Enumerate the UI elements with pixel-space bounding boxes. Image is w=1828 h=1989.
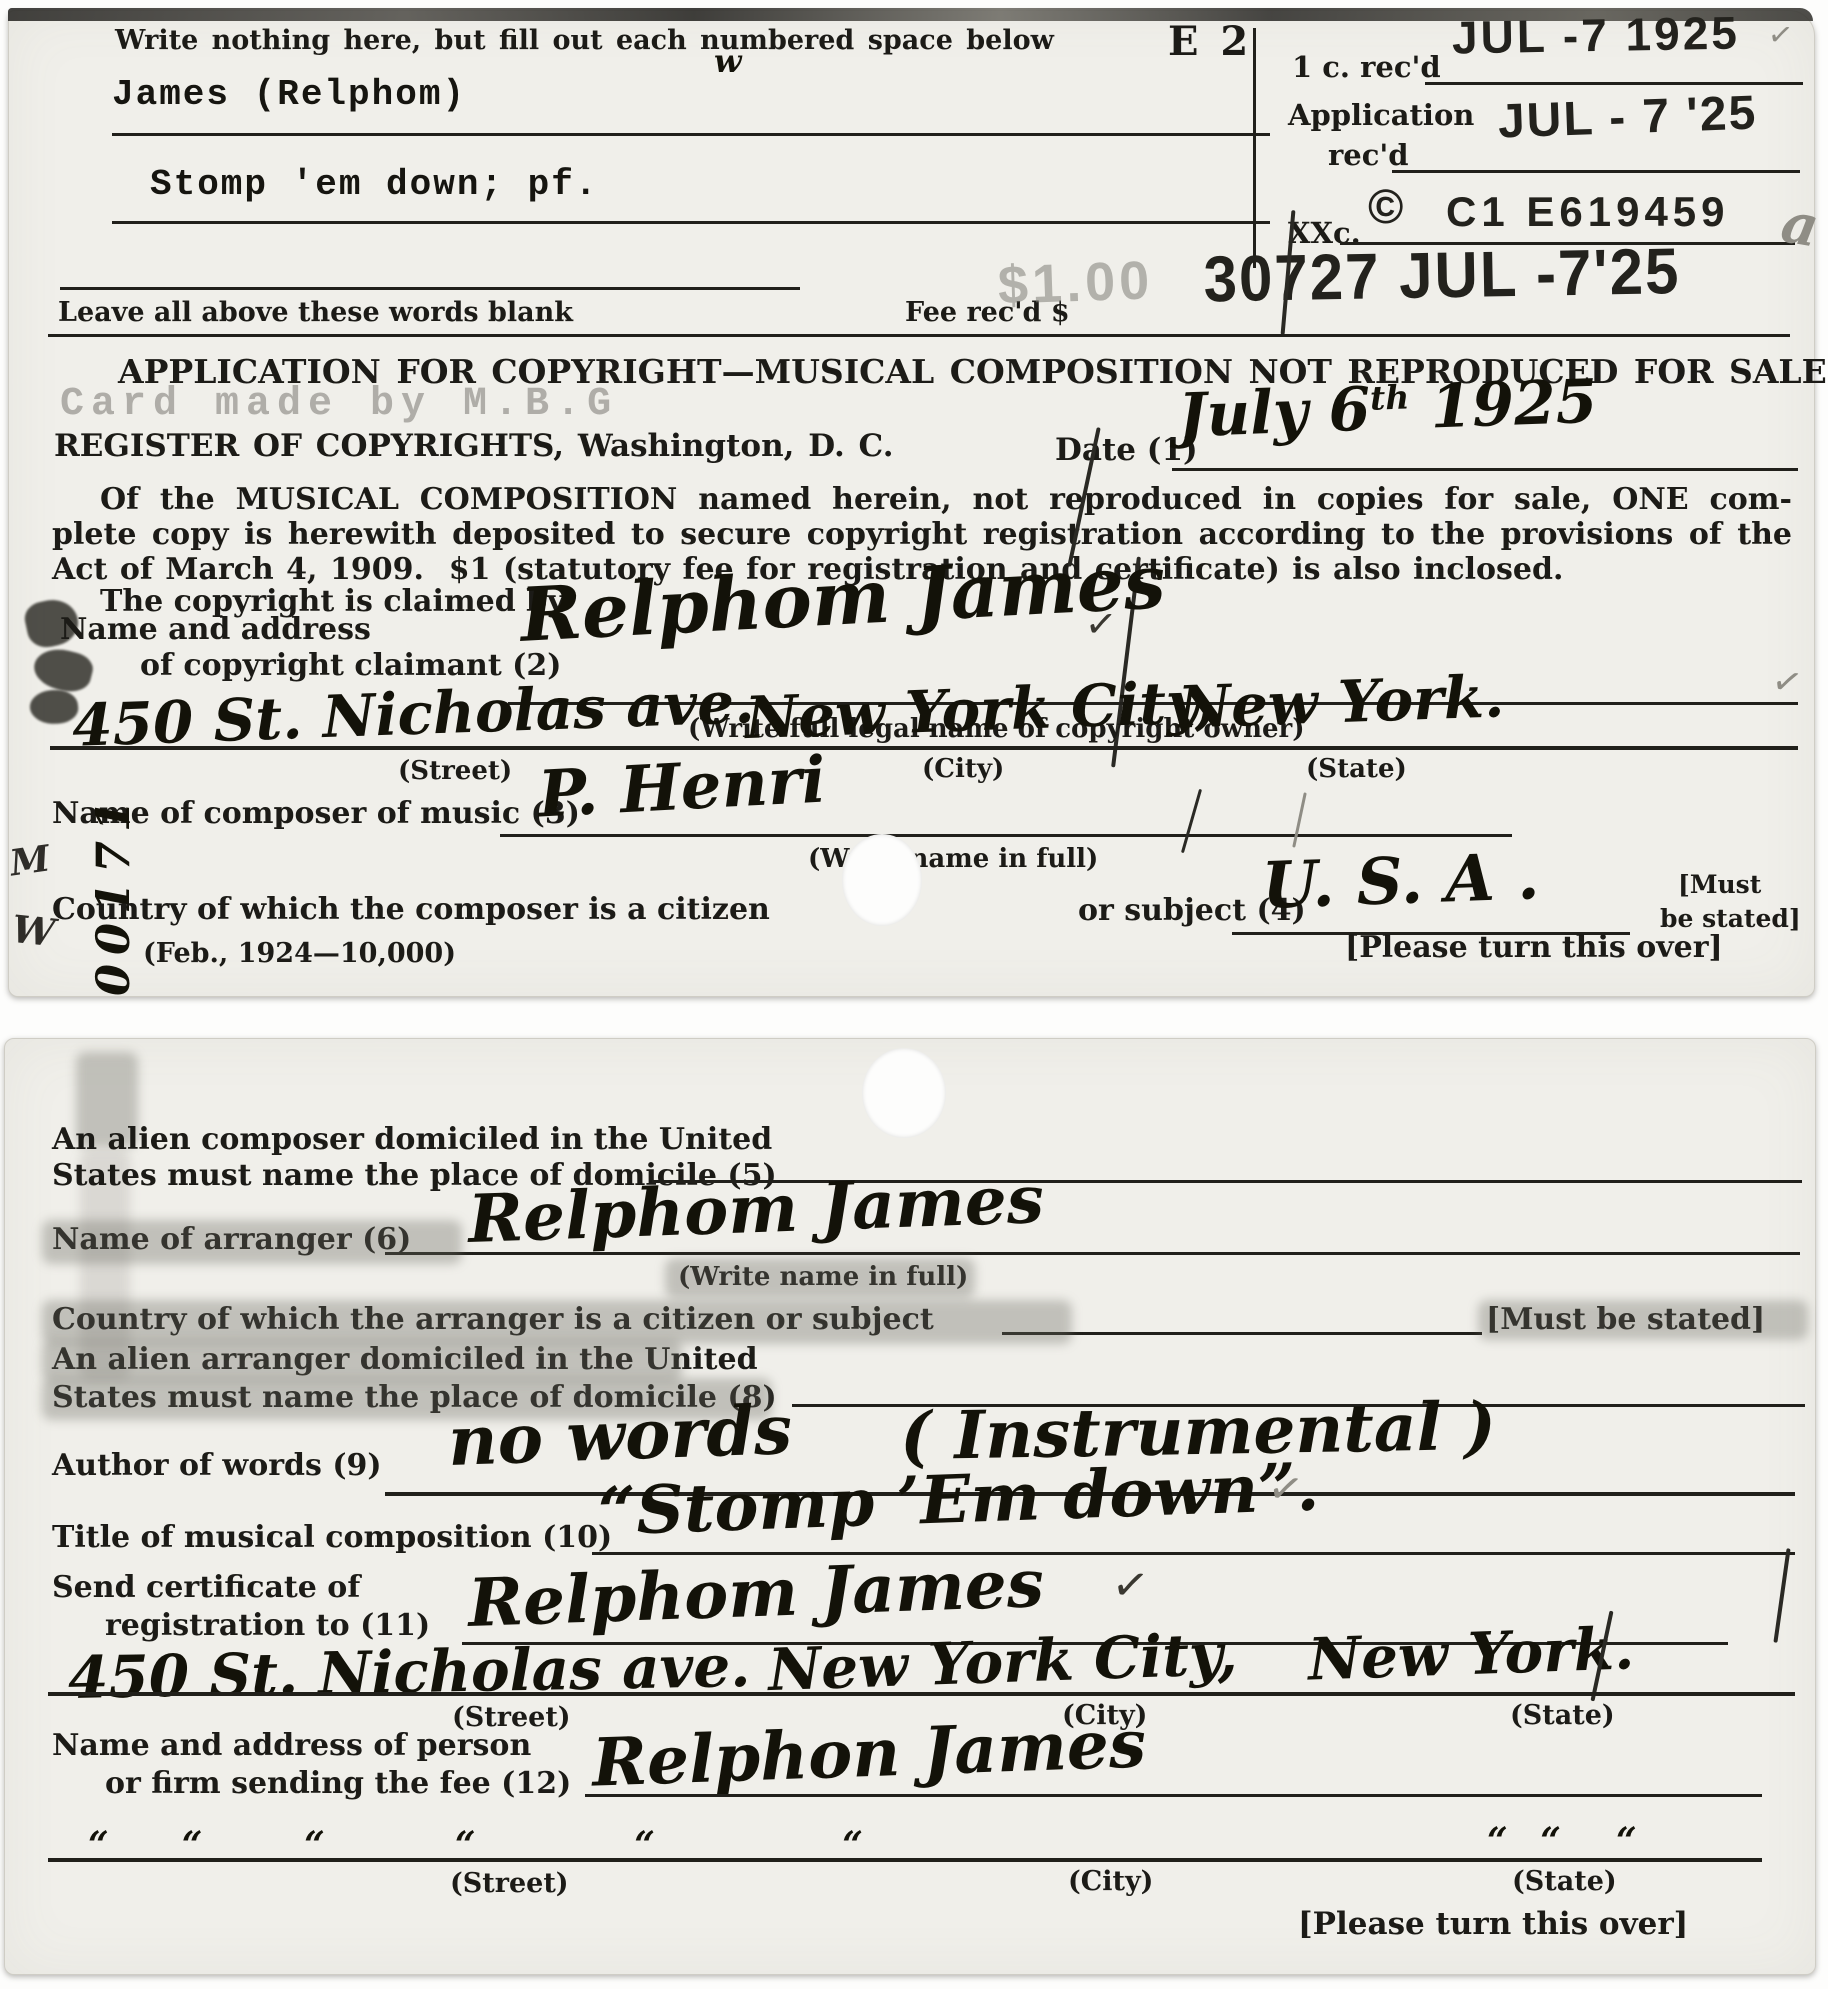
fee-amount-stamp: $1.00: [997, 249, 1154, 316]
hole-punch: [842, 834, 922, 926]
date-day: July 6: [1177, 375, 1372, 452]
date-label: Date (1): [1055, 432, 1198, 468]
alien-composer-line-1: An alien composer domiciled in the Unite…: [52, 1122, 772, 1157]
state-label-bottom: (State): [1512, 1866, 1617, 1897]
bottom-line: [48, 1858, 1762, 1862]
country-label: Country of which the composer is a citiz…: [52, 892, 770, 927]
index-name-annotation: w: [714, 42, 742, 80]
state-label-back: (State): [1510, 1700, 1615, 1731]
date-year: 1925: [1408, 367, 1598, 444]
blank-note-line: [60, 287, 800, 290]
vertical-divider: [1253, 28, 1256, 268]
ditto-marks-right: “ “ “: [1487, 1820, 1647, 1862]
address-line-back: [48, 1692, 1795, 1696]
one-copy-label: 1 c. rec'd: [1292, 50, 1441, 84]
fee-number-stamp: 30727 JUL -7'25: [1203, 234, 1681, 317]
state-value: New York.: [1177, 662, 1505, 741]
date-line: [1172, 468, 1798, 471]
body-line-2: plete copy is herewith deposited to secu…: [52, 517, 1792, 552]
application-label: Application: [1288, 98, 1474, 132]
index-name: James (Relphom): [112, 74, 466, 115]
registration-number-stamp: C1 E619459: [1446, 188, 1730, 236]
fee-sender-line: [585, 1794, 1762, 1797]
city-label-bottom: (City): [1068, 1866, 1153, 1897]
composer-value: P. Henri: [536, 743, 827, 833]
edition-note: (Feb., 1924—10,000): [143, 938, 456, 969]
ink-checkmark-icon: ✓: [1083, 600, 1119, 647]
must-label-1: [Must: [1678, 870, 1761, 899]
hole-punch: [862, 1048, 946, 1138]
one-copy-date-stamp: JUL -7 1925: [1452, 5, 1741, 64]
claimant-label-1: Name and address: [60, 612, 371, 647]
index-name-underline: [112, 133, 1270, 136]
turn-over-note-back: [Please turn this over]: [1298, 1906, 1688, 1942]
body-line-1: Of the MUSICAL COMPOSITION named herein,…: [100, 482, 1792, 517]
application-date-stamp: JUL - 7 '25: [1497, 85, 1758, 149]
strike-smudge: [42, 1220, 462, 1264]
margin-mark-w: W: [10, 906, 57, 955]
date-ordinal: th: [1369, 377, 1410, 417]
pencil-checkmark-icon: ✓: [1766, 16, 1796, 54]
must-label-2: be stated]: [1660, 904, 1801, 933]
street-label-bottom: (Street): [450, 1868, 569, 1899]
index-title: Stomp 'em down; pf.: [150, 164, 598, 205]
composition-title-label: Title of musical composition (10): [52, 1520, 612, 1555]
margin-mark-m: M: [7, 837, 52, 884]
fee-sender-label-2: or firm sending the fee (12): [105, 1766, 571, 1801]
street-label: (Street): [398, 756, 512, 786]
composer-line: [500, 834, 1512, 837]
street-value-back: 450 St. Nicholas ave.: [67, 1632, 750, 1712]
strike-smudge: [1478, 1300, 1808, 1340]
application-recd-label: rec'd: [1328, 138, 1409, 172]
country-value: U. S. A .: [1261, 839, 1541, 924]
ink-checkmark-icon: ✓: [1109, 1558, 1153, 1614]
full-divider-line: [48, 334, 1790, 337]
header-note: Write nothing here, but fill out each nu…: [115, 25, 1054, 56]
strike-smudge: [42, 1340, 682, 1382]
strike-smudge: [665, 1258, 975, 1298]
class-code: E 2: [1168, 18, 1252, 65]
state-label: (State): [1306, 754, 1407, 784]
register-line: REGISTER OF COPYRIGHTS, Washington, D. C…: [54, 428, 893, 464]
application-line: [1392, 170, 1800, 173]
certificate-label-1: Send certificate of: [52, 1570, 360, 1605]
copyright-symbol-icon: ©: [1368, 180, 1403, 235]
fee-sender-label-1: Name and address of person: [52, 1728, 531, 1763]
arranger-line: [385, 1252, 1800, 1255]
one-copy-line: [1425, 82, 1803, 85]
arranger-country-line: [1002, 1332, 1482, 1335]
state-value-back: New York.: [1307, 1614, 1635, 1693]
index-title-underline: [112, 221, 1270, 224]
date-value: July 6th 1925: [1177, 367, 1599, 452]
address-line: [50, 746, 1798, 750]
turn-over-note: [Please turn this over]: [1345, 930, 1723, 965]
strike-smudge: [42, 1300, 1072, 1344]
city-label: (City): [922, 754, 1004, 784]
author-label: Author of words (9): [52, 1448, 382, 1483]
leave-blank-note: Leave all above these words blank: [58, 297, 573, 328]
scanned-document-page: Write nothing here, but fill out each nu…: [0, 0, 1828, 1989]
